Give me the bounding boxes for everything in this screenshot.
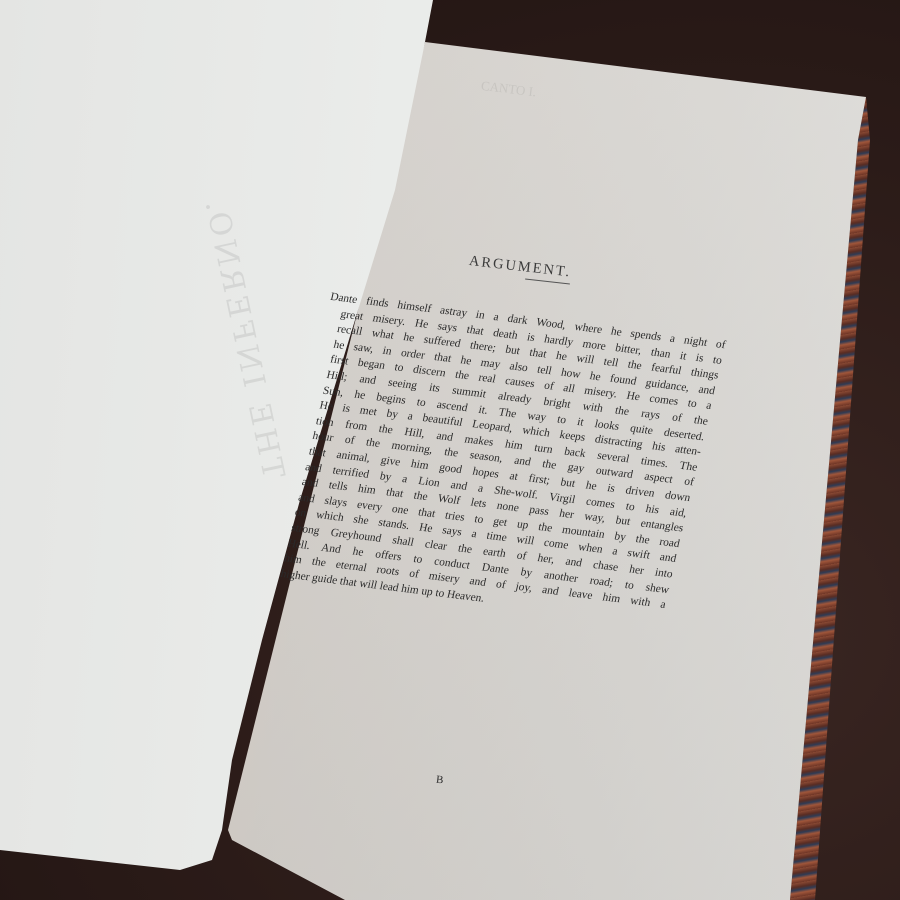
right-page-text-block: ARGUMENT. Dante finds himself astray in … — [0, 0, 900, 900]
argument-paragraph: Dante finds himself astray in a dark Woo… — [265, 290, 727, 629]
signature-mark: B — [435, 774, 444, 787]
page-heading: ARGUMENT. — [468, 253, 572, 282]
